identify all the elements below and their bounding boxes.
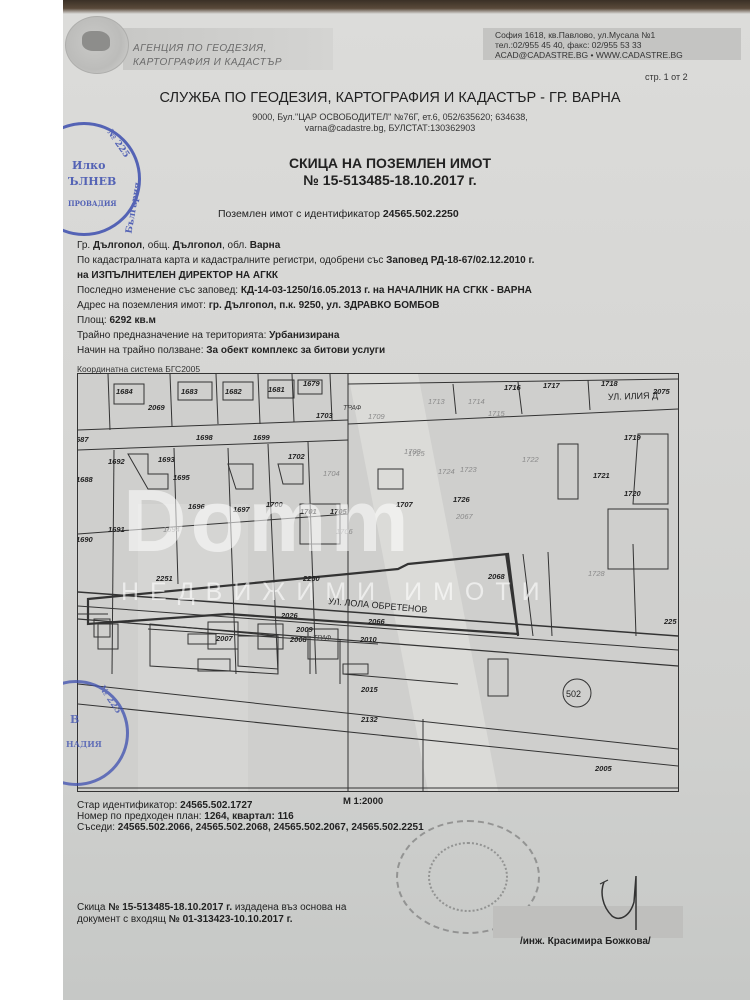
svg-text:1716: 1716 — [504, 383, 522, 392]
document-page: АГЕНЦИЯ ПО ГЕОДЕЗИЯ, КАРТОГРАФИЯ И КАДАС… — [63, 0, 750, 1000]
surveyor-stamp-top-icon: № 225 Илко ЪЛНЕВ ПРОВАДИЯ България — [63, 122, 141, 236]
svg-text:1713: 1713 — [428, 397, 446, 406]
svg-text:1715: 1715 — [488, 409, 506, 418]
svg-text:1682: 1682 — [225, 387, 243, 396]
svg-text:1714: 1714 — [468, 397, 485, 406]
contact-address: София 1618, кв.Павлово, ул.Мусала №1 — [495, 30, 683, 40]
cadastral-line: По кадастралната карта и кадастралните р… — [77, 253, 534, 268]
svg-text:2005: 2005 — [594, 764, 613, 773]
document-title-text: СКИЦА НА ПОЗЕМЛЕН ИМОТ — [125, 155, 655, 172]
svg-text:1688: 1688 — [78, 475, 94, 484]
svg-text:1723: 1723 — [460, 465, 478, 474]
svg-text:1724: 1724 — [438, 467, 455, 476]
service-address-line2: varna@cadastre.bg, БУЛСТАТ:130362903 — [125, 123, 655, 134]
service-address-line1: 9000, Бул."ЦАР ОСВОБОДИТЕЛ" №76Г, ет.6, … — [125, 112, 655, 123]
signer-name: /инж. Красимира Божкова/ — [520, 936, 651, 947]
street-name-north: УЛ. ИЛИЯ Д — [608, 390, 659, 402]
svg-text:1725: 1725 — [408, 449, 426, 458]
cadastral-issuer-line: на ИЗПЪЛНИТЕЛЕН ДИРЕКТОР НА АГКК — [77, 268, 534, 283]
service-title: СЛУЖБА ПО ГЕОДЕЗИЯ, КАРТОГРАФИЯ И КАДАСТ… — [125, 90, 655, 106]
svg-text:2009: 2009 — [295, 625, 314, 634]
agency-contact: София 1618, кв.Павлово, ул.Мусала №1 тел… — [495, 30, 683, 60]
svg-text:1698: 1698 — [196, 433, 214, 442]
contact-email-web: ACAD@CADASTRE.BG • WWW.CADASTRE.BG — [495, 50, 683, 60]
issuance-line2: документ с входящ № 01-313423-10.10.2017… — [77, 914, 346, 926]
bottom-info: Стар идентификатор: 24565.502.1727 Номер… — [77, 800, 424, 833]
svg-text:ТРАФ: ТРАФ — [313, 635, 332, 642]
page-top-shadow — [63, 0, 750, 14]
agency-name-line2: КАРТОГРАФИЯ И КАДАСТЪР — [133, 56, 282, 70]
signature-band — [493, 906, 683, 938]
agency-globe-logo-icon — [65, 16, 129, 74]
svg-text:2008: 2008 — [289, 635, 308, 644]
neighbors-line: Съседи: 24565.502.2066, 24565.502.2068, … — [77, 822, 424, 833]
document-title: СКИЦА НА ПОЗЕМЛЕН ИМОТ № 15-513485-18.10… — [125, 155, 655, 189]
svg-text:1703: 1703 — [316, 411, 334, 420]
watermark-brand: Domm — [123, 470, 413, 572]
issuance-note: Скица № 15-513485-18.10.2017 г. издадена… — [77, 902, 346, 925]
purpose-line: Трайно предназначение на територията: Ур… — [77, 328, 534, 343]
svg-text:1726: 1726 — [453, 495, 471, 504]
svg-text:1681: 1681 — [268, 385, 285, 394]
svg-text:1718: 1718 — [601, 379, 619, 388]
previous-plan-line: Номер по предходен план: 1264, квартал: … — [77, 811, 424, 822]
area-line: Площ: 6292 кв.м — [77, 313, 534, 328]
svg-text:1684: 1684 — [116, 387, 134, 396]
svg-text:2010: 2010 — [359, 635, 378, 644]
svg-text:2007: 2007 — [215, 634, 234, 643]
signature-icon — [598, 872, 644, 932]
svg-text:1719: 1719 — [624, 433, 642, 442]
property-identifier: 24565.502.2250 — [383, 208, 459, 220]
issuance-line1: Скица № 15-513485-18.10.2017 г. издадена… — [77, 902, 346, 914]
usage-line: Начин на трайно ползване: За обект компл… — [77, 343, 534, 358]
page-number: стр. 1 от 2 — [645, 72, 688, 82]
old-identifier-line: Стар идентификатор: 24565.502.1727 — [77, 800, 424, 811]
watermark-subtitle: НЕДВИЖИМИ ИМОТИ — [121, 578, 551, 607]
address-line: Адрес на поземления имот: гр. Дългопол, … — [77, 298, 534, 313]
contact-phone: тел.:02/955 45 40, факс: 02/955 53 33 — [495, 40, 683, 50]
location-line: Гр. Дългопол, общ. Дългопол, обл. Варна — [77, 238, 534, 253]
svg-text:1683: 1683 — [181, 387, 199, 396]
svg-text:1693: 1693 — [158, 455, 176, 464]
property-identifier-line: Поземлен имот с идентификатор 24565.502.… — [218, 208, 459, 220]
service-address: 9000, Бул."ЦАР ОСВОБОДИТЕЛ" №76Г, ет.6, … — [125, 112, 655, 134]
svg-text:2015: 2015 — [360, 685, 379, 694]
svg-text:225: 225 — [663, 617, 677, 626]
svg-text:1720: 1720 — [624, 489, 642, 498]
svg-text:1709: 1709 — [368, 412, 386, 421]
agency-name: АГЕНЦИЯ ПО ГЕОДЕЗИЯ, КАРТОГРАФИЯ И КАДАС… — [133, 42, 282, 70]
svg-text:2132: 2132 — [360, 715, 379, 724]
svg-text:1679: 1679 — [303, 379, 321, 388]
svg-text:1728: 1728 — [588, 569, 606, 578]
svg-text:2066: 2066 — [367, 617, 386, 626]
svg-text:2067: 2067 — [455, 512, 474, 521]
svg-text:1721: 1721 — [593, 471, 610, 480]
svg-text:1702: 1702 — [288, 452, 306, 461]
last-change-line: Последно изменение със заповед: КД-14-03… — [77, 283, 534, 298]
property-info: Гр. Дългопол, общ. Дългопол, обл. Варна … — [77, 238, 534, 358]
svg-text:2069: 2069 — [147, 403, 166, 412]
agency-name-line1: АГЕНЦИЯ ПО ГЕОДЕЗИЯ, — [133, 42, 282, 56]
identifier-label: Поземлен имот с идентификатор — [218, 208, 380, 220]
svg-text:1722: 1722 — [522, 455, 540, 464]
svg-text:1692: 1692 — [108, 457, 126, 466]
svg-text:1699: 1699 — [253, 433, 271, 442]
svg-text:1717: 1717 — [543, 381, 561, 390]
svg-text:687: 687 — [78, 435, 89, 444]
svg-text:2026: 2026 — [280, 611, 299, 620]
document-number: № 15-513485-18.10.2017 г. — [125, 172, 655, 189]
left-margin-strip — [0, 0, 64, 1000]
svg-text:1690: 1690 — [78, 535, 94, 544]
svg-text:ТРАФ: ТРАФ — [343, 405, 362, 412]
quarter-number: 502 — [566, 689, 581, 699]
